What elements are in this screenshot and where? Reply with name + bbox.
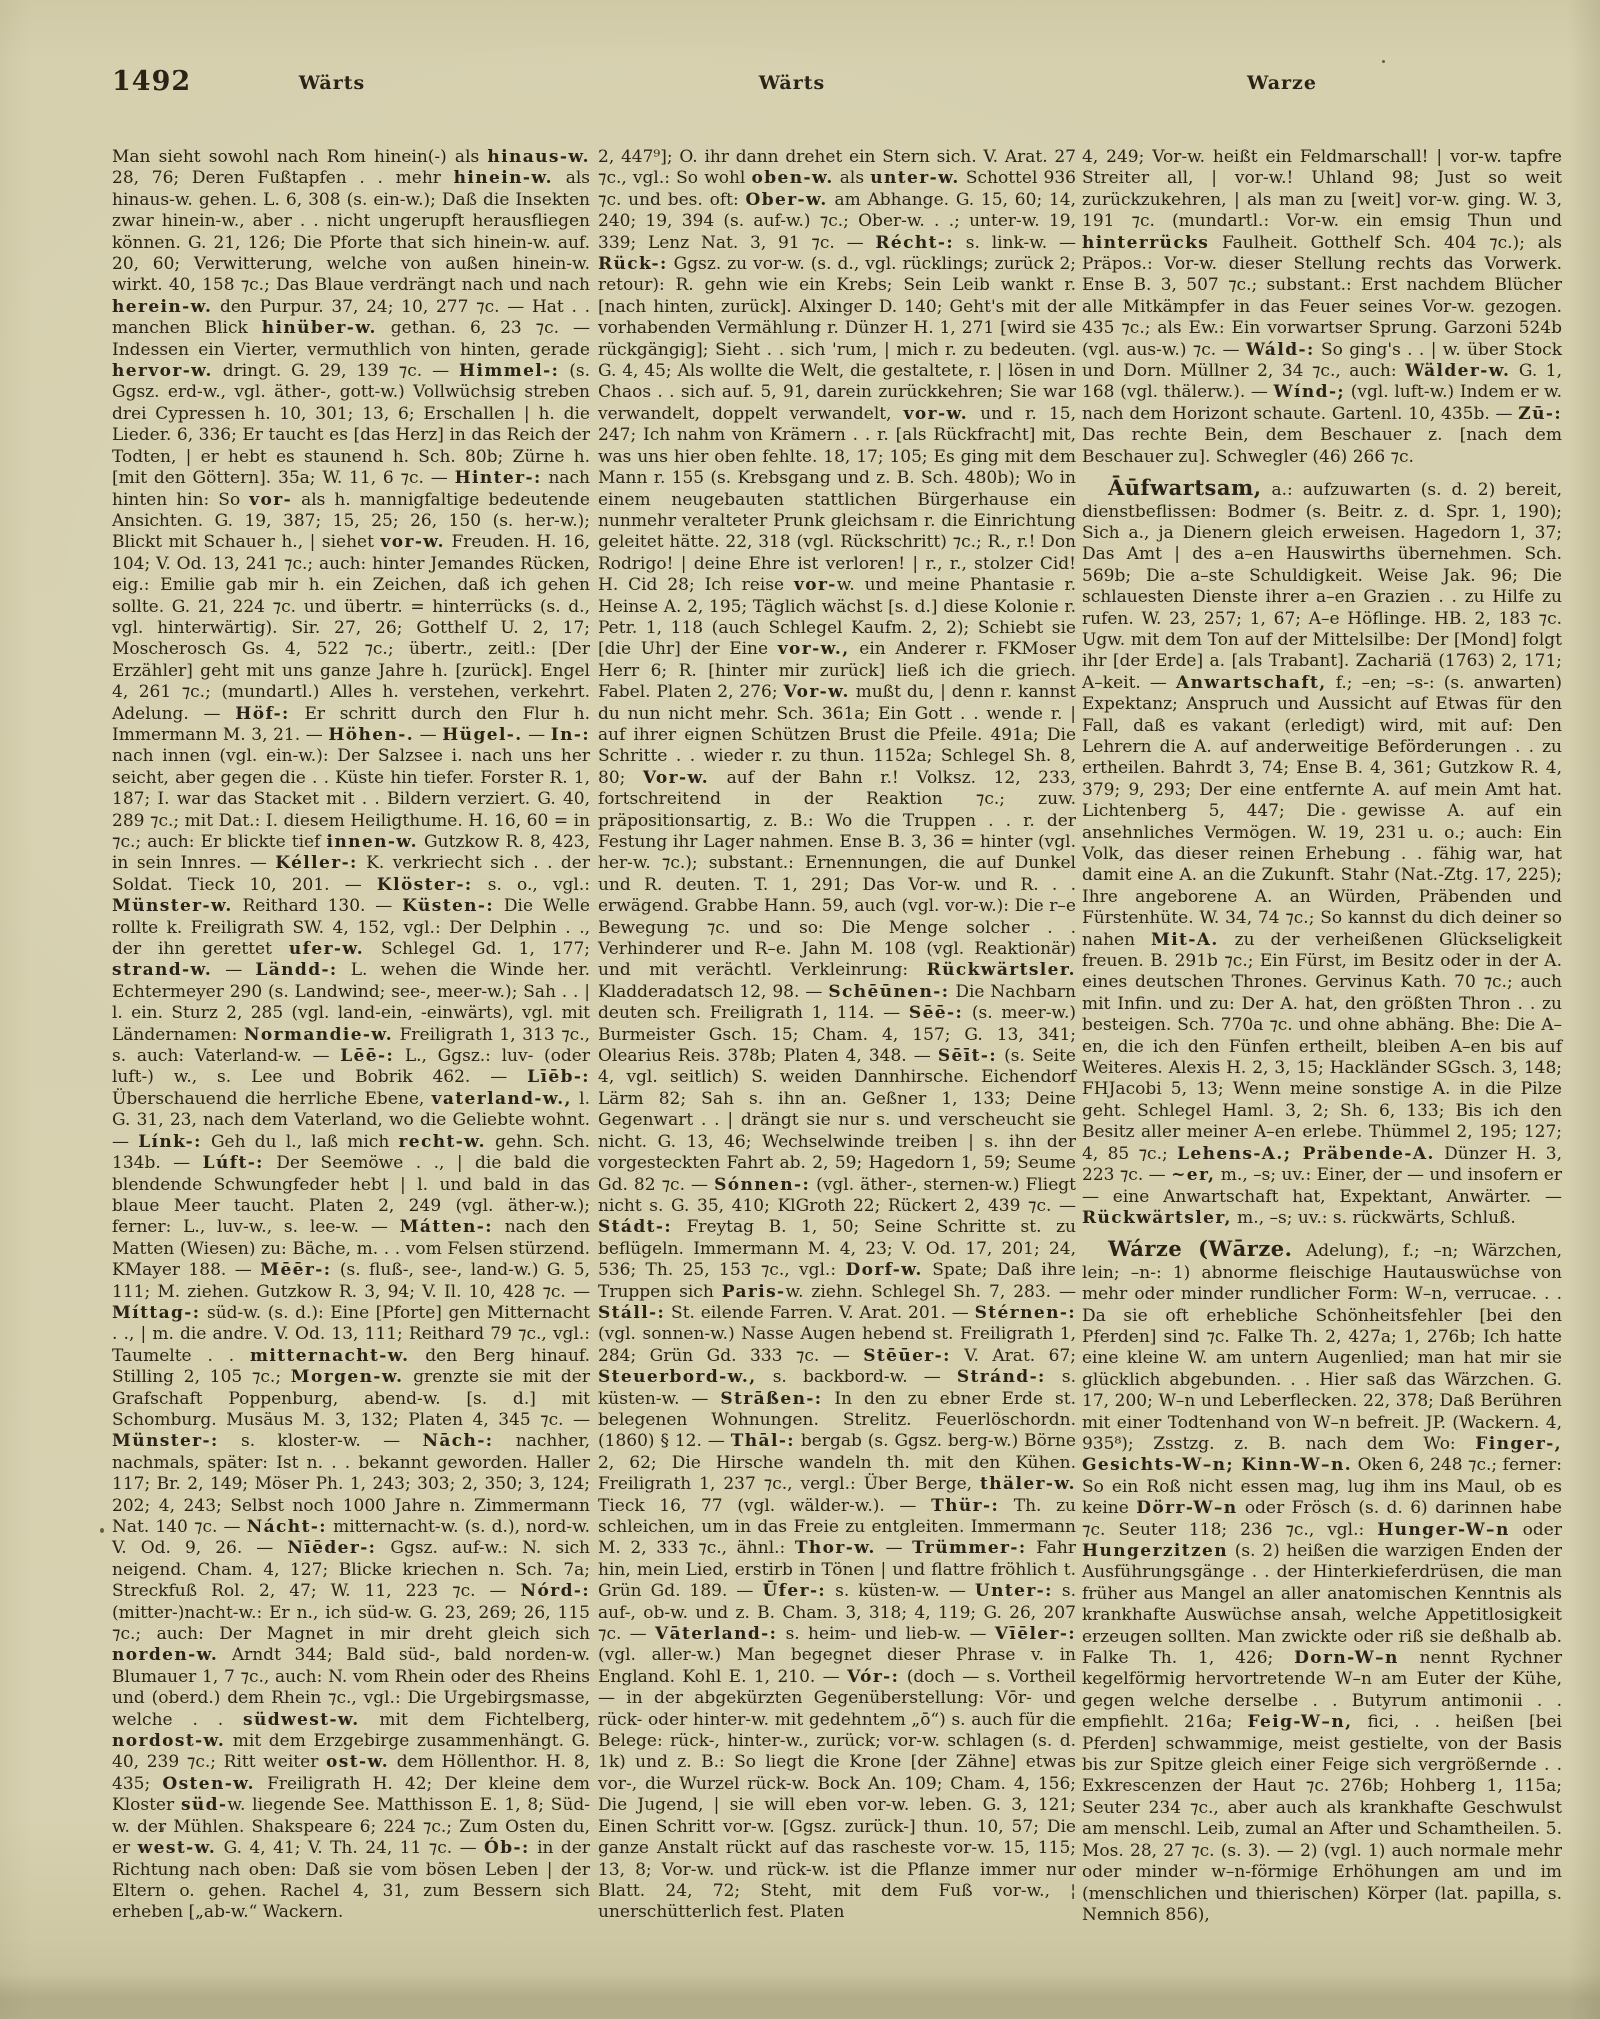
entry-headword: vaterland-w.,: [432, 1089, 572, 1109]
entry-headword: Mit-A.: [1151, 930, 1219, 950]
running-head-right: Warze: [1172, 72, 1392, 94]
entry-headword: Normandie-w.: [244, 1025, 393, 1045]
entry-headword: Sónnen-:: [714, 1175, 810, 1195]
entry-headword: Mēēr-:: [260, 1260, 331, 1280]
entry-headword: Rückwärtsler,: [1082, 1208, 1232, 1228]
entry-headword: ost-w.: [326, 1752, 389, 1772]
entry-headword: Vór-:: [847, 1667, 899, 1687]
entry-headword: Kéller-:: [275, 853, 357, 873]
entry-headword: Lúft-:: [203, 1153, 264, 1173]
text-column-2: 2, 447⁹]; O. ihr dann drehet ein Stern s…: [598, 147, 1076, 1924]
entry-headword: Sēīt-:: [938, 1046, 997, 1066]
entry-headword: vor-: [249, 490, 292, 510]
entry-headword: Klöster-:: [377, 875, 473, 895]
entry-headword: Steuerbord-w.,: [598, 1367, 757, 1387]
entry-headword: mitternacht-w.: [250, 1346, 409, 1366]
entry-headword: Schēūnen-:: [828, 982, 949, 1002]
entry-headword: Morgen-w.: [291, 1367, 404, 1387]
entry-headword: Míttag-:: [112, 1303, 200, 1323]
paragraph: Man sieht sowohl nach Rom hinein(-) als …: [112, 147, 590, 1924]
entry-headword: Osten-w.: [162, 1774, 255, 1794]
entry-headword: Stádt-:: [598, 1217, 672, 1237]
entry-headword: Münster-w.: [112, 896, 233, 916]
entry-headword: Hungerzitzen: [1082, 1541, 1228, 1561]
entry-headword: Wárze (Wārze.: [1108, 1236, 1292, 1261]
entry-headword: Récht-:: [875, 233, 954, 253]
entry-headword: hinaus-w.: [487, 147, 590, 167]
entry-headword: Finger-, Gesichts-W–n; Kinn-W–n.: [1082, 1434, 1562, 1475]
entry-headword: vor-w.,: [778, 639, 850, 659]
entry-headword: hinüber-w.: [262, 318, 377, 338]
entry-headword: Wáld-:: [1246, 340, 1315, 360]
ink-speck: [1382, 60, 1385, 63]
entry-headword: vor-w.: [904, 404, 968, 424]
entry-headword: Vīēler-:: [995, 1624, 1076, 1644]
entry-headword: Vāterland-:: [655, 1624, 777, 1644]
entry-headword: Ländd-:: [255, 960, 337, 980]
paragraph: 4, 249; Vor-w. heißt ein Feldmarschall! …: [1082, 147, 1562, 468]
entry-headword: ~er,: [1171, 1165, 1215, 1185]
entry-headword: norden-w.: [112, 1645, 218, 1665]
entry-headword: Hinter-:: [455, 468, 542, 488]
entry-headword: In-:: [551, 725, 590, 745]
entry-headword: Āūfwartsam,: [1108, 475, 1262, 500]
ink-speck: [1342, 812, 1345, 815]
entry-headword: Lēē-:: [340, 1046, 394, 1066]
entry-headword: herein-w.: [112, 297, 212, 317]
paragraph: Wárze (Wārze. Adelung), f.; –n; Wärzchen…: [1082, 1238, 1562, 1926]
page-number: 1492: [112, 66, 191, 97]
entry-headword: Línk-:: [138, 1132, 202, 1152]
entry-headword: Dorn-W–n: [1294, 1648, 1399, 1668]
dictionary-page: 1492 Wärts Wärts Warze Man sieht sowohl …: [0, 0, 1600, 2019]
entry-headword: recht-w.: [398, 1132, 485, 1152]
text-column-3: 4, 249; Vor-w. heißt ein Feldmarschall! …: [1082, 147, 1562, 1926]
entry-headword: Thor-w.: [795, 1538, 876, 1558]
ink-speck: [100, 1528, 104, 1533]
entry-headword: Feig-W–n,: [1248, 1712, 1353, 1732]
entry-headword: hinterrücks: [1082, 233, 1209, 253]
entry-headword: Hügel-.: [442, 725, 522, 745]
entry-headword: Thāl-:: [731, 1431, 795, 1451]
entry-headword: hervor-w.: [112, 361, 213, 381]
entry-headword: Dörr-W–n: [1136, 1498, 1237, 1518]
entry-headword: vor-w.: [380, 532, 444, 552]
entry-headword: Wälder-w.: [1405, 361, 1510, 381]
scan-shadow: [0, 1973, 1600, 2019]
entry-headword: ufer-w.: [289, 939, 364, 959]
entry-headword: Līēb-:: [527, 1067, 590, 1087]
running-head-left: Wärts: [222, 72, 442, 94]
entry-headword: Strāßen-:: [720, 1389, 822, 1409]
entry-headword: Ober-w.: [745, 190, 827, 210]
entry-headword: Paris-: [722, 1282, 786, 1302]
entry-headword: hinein-w.: [454, 168, 553, 188]
entry-headword: Zū-:: [1518, 404, 1562, 424]
entry-headword: Trümmer-:: [912, 1538, 1026, 1558]
entry-headword: nordost-w.: [112, 1731, 225, 1751]
entry-headword: Dorf-w.: [845, 1260, 922, 1280]
entry-headword: unter-w.: [870, 168, 959, 188]
entry-headword: oben-w.: [752, 168, 834, 188]
entry-headword: strand-w.: [112, 960, 212, 980]
entry-headword: innen-w.: [327, 832, 418, 852]
entry-headword: Ūfer-:: [762, 1581, 826, 1601]
entry-headword: Ób-:: [484, 1838, 530, 1858]
entry-headword: Nórd-:: [521, 1581, 590, 1601]
entry-headword: Mátten-:: [400, 1217, 493, 1237]
entry-headword: Rückwärtsler.: [927, 960, 1076, 980]
entry-headword: Vor-w.: [784, 682, 850, 702]
text-column-1: Man sieht sowohl nach Rom hinein(-) als …: [112, 147, 590, 1924]
entry-headword: vor-: [794, 575, 837, 595]
entry-headword: Nāch-:: [422, 1431, 493, 1451]
entry-headword: Küsten-:: [402, 896, 494, 916]
entry-headword: Stēūer-:: [863, 1346, 951, 1366]
entry-headword: Nīēder-:: [287, 1538, 376, 1558]
entry-headword: Stáll-:: [598, 1303, 665, 1323]
entry-headword: südwest-w.: [243, 1710, 360, 1730]
entry-headword: Vor-w.: [643, 768, 709, 788]
entry-headword: Höf-:: [235, 704, 289, 724]
entry-headword: Lehens-A.; Präbende-A.: [1177, 1144, 1435, 1164]
entry-headword: west-w.: [138, 1838, 217, 1858]
entry-headword: Thür-:: [931, 1496, 999, 1516]
entry-headword: thäler-w.: [980, 1474, 1076, 1494]
running-head-center: Wärts: [682, 72, 902, 94]
entry-headword: Anwartschaft,: [1176, 673, 1327, 693]
entry-headword: Rück-:: [598, 254, 668, 274]
entry-headword: süd-: [181, 1795, 227, 1815]
paragraph: 2, 447⁹]; O. ihr dann drehet ein Stern s…: [598, 147, 1076, 1924]
entry-headword: Münster-:: [112, 1431, 219, 1451]
entry-headword: Stránd-:: [957, 1367, 1046, 1387]
entry-headword: Stérnen-:: [975, 1303, 1076, 1323]
entry-headword: Hunger-W–n: [1377, 1520, 1510, 1540]
entry-headword: Wínd-;: [1274, 382, 1346, 402]
entry-headword: Nácht-:: [247, 1517, 327, 1537]
entry-headword: Unter-:: [975, 1581, 1053, 1601]
ink-speck: [160, 1827, 164, 1831]
paragraph: Āūfwartsam, a.: aufzuwarten (s. d. 2) be…: [1082, 477, 1562, 1229]
entry-headword: Sēē-:: [909, 1003, 963, 1023]
entry-headword: Himmel-:: [459, 361, 559, 381]
entry-headword: Höhen-.: [328, 725, 414, 745]
